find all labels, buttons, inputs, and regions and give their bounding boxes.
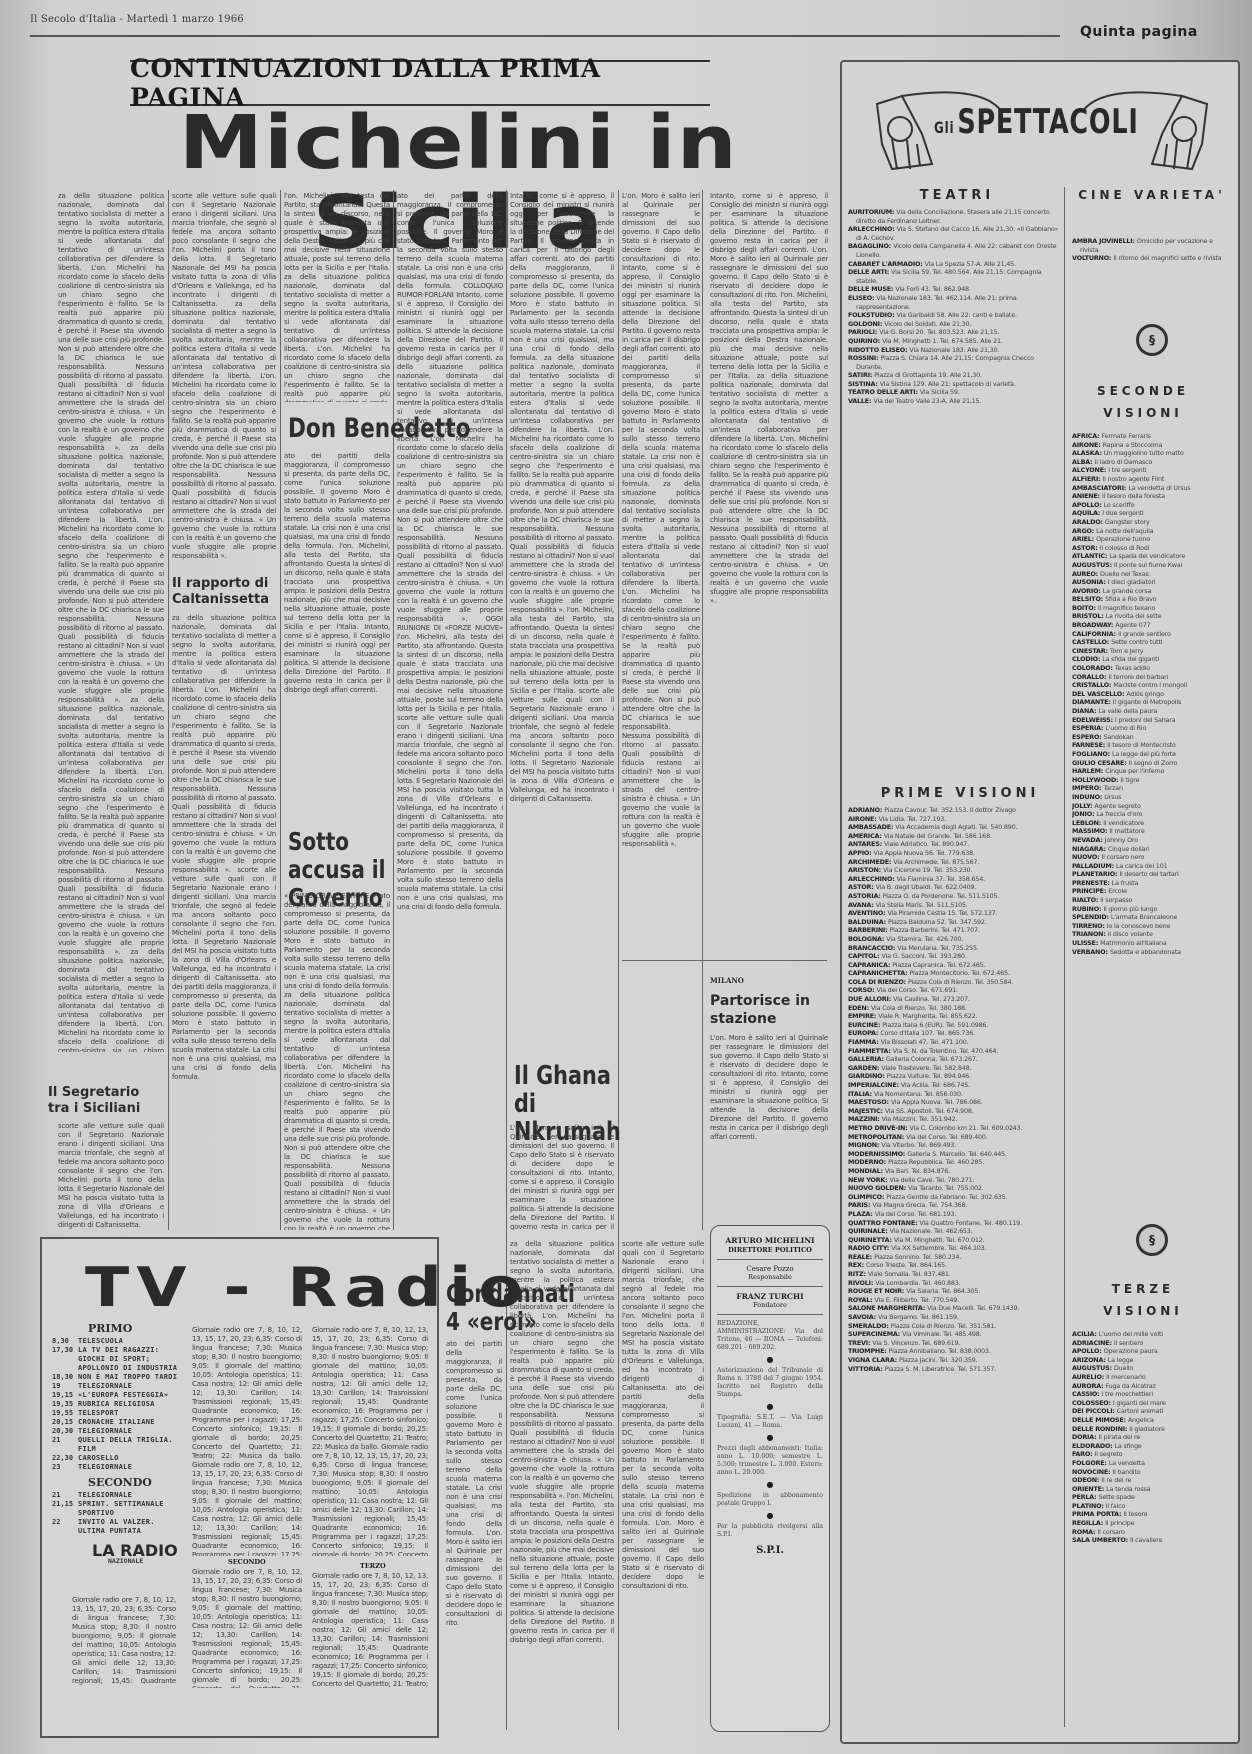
article-text: ato dei partiti della maggioranza, il co…: [172, 974, 276, 1081]
venue-details: I tre sergenti: [1108, 466, 1146, 474]
venue-details: Texas addio: [1115, 664, 1150, 672]
article-column-1: za della situazione politica nazionale, …: [58, 192, 164, 1052]
article-column-3-b: ato dei partiti della maggioranza, il co…: [284, 452, 390, 842]
listing-entry: OLIMPICO: Piazza Gentile da Fabriano. Te…: [848, 1193, 1060, 1202]
venue-details: Via Mazzini. Tel. 351.942.: [882, 1115, 958, 1123]
venue-details: Via Sistina 129. Alle 21: spettacolo di …: [880, 380, 1016, 388]
venue-name: EDEN:: [848, 1004, 871, 1012]
listing-entry: PARIS: Via Magna Grecia. Tel. 754.368.: [848, 1201, 1060, 1210]
program-time: 18,30: [52, 1373, 78, 1382]
venue-name: ORIENTE:: [1072, 1485, 1106, 1493]
venue-details: Il segreto: [1095, 1450, 1123, 1458]
venue-details: Tom e Jerry: [1110, 647, 1144, 655]
venue-details: Piazza Repubblica. Tel. 460.285.: [888, 1158, 984, 1166]
listing-entry: MONDIAL: Via Bari. Tel. 834.876.: [848, 1167, 1060, 1176]
listing-entry: SALA UMBERTO: Il cavaliere: [1072, 1536, 1228, 1545]
article-text: za della situazione politica nazionale, …: [622, 480, 700, 848]
credits-paragraph: Tipografia: S.E.T. — Via Luigi Luciani, …: [711, 1414, 829, 1430]
listing-entry: DELLE MIMOSE: Angelica: [1072, 1416, 1228, 1425]
listing-entry: BRANCACCIO: Via Merulana. Tel. 735.255.: [848, 944, 1060, 953]
venue-name: ARALDO:: [1072, 518, 1105, 526]
listing-entry: AUGUSTUS: Duello: [1072, 1364, 1228, 1373]
venue-details: Piazza O. da Pordenone. Tel. 511.5105.: [883, 892, 999, 900]
venue-details: Il ladro di Damasco: [1095, 458, 1153, 466]
venue-details: Lo sceriffo: [1104, 501, 1135, 509]
venue-name: ALASKA:: [1072, 449, 1104, 457]
venue-name: BROADWAY:: [1072, 621, 1115, 629]
radio-schedule-col3: Giornale radio ore 7, 8, 10, 12, 13, 15,…: [312, 1326, 428, 1556]
venue-details: Piazza Italia 6 (EUR). Tel. 591.0986.: [882, 1021, 988, 1029]
venue-name: ROYAL:: [848, 1296, 875, 1304]
venue-details: Via Nazionale. Tel. 462.653.: [890, 1227, 973, 1235]
venue-details: Il falco: [1106, 1502, 1125, 1510]
venue-name: ASTOR:: [1072, 544, 1100, 552]
venue-name: CLODIO:: [1072, 655, 1102, 663]
venue-name: ESPERIA:: [1072, 724, 1105, 732]
listing-entry: DUE ALLORI: Via Casilina. Tel. 273.207.: [848, 995, 1060, 1004]
article-text: ato dei partiti della maggioranza, il co…: [397, 192, 503, 290]
program-row: 23TELEGIORNALE: [52, 1463, 180, 1472]
venue-name: ROUGE ET NOIR:: [848, 1287, 906, 1295]
venue-details: La vendetta di Ursus: [1128, 484, 1190, 492]
listing-entry: VOLTURNO: Il ritorno dei magnifici sette…: [1072, 254, 1228, 263]
venue-details: L'uomo di Rio: [1105, 724, 1146, 732]
venue-name: REGILLA:: [1072, 1519, 1105, 1527]
venue-name: ARIEL:: [1072, 535, 1096, 543]
spettacoli-title-text: SPETTACOLI: [957, 102, 1138, 142]
venue-details: Maciste contro i mongoli: [1113, 681, 1187, 689]
venue-details: La frusta: [1112, 879, 1138, 887]
venue-name: VOLTURNO:: [1072, 254, 1113, 262]
venue-name: AVORIO:: [1072, 587, 1103, 595]
venue-name: AQUILA:: [1072, 509, 1102, 517]
msi-flame-emblem-icon: §: [1136, 1224, 1168, 1256]
teatri-title: TEATRI: [882, 188, 1032, 203]
venue-details: Sedotta e abbandonata: [1110, 948, 1181, 956]
listing-entry: ARIZONA: La legge: [1072, 1356, 1228, 1365]
tv-radio-title: TV - Radio: [85, 1256, 530, 1319]
venue-name: ULISSE:: [1072, 939, 1100, 947]
listing-entry: ARLECCHINO: Via Flaminia 37. Tel. 358.65…: [848, 875, 1060, 884]
venue-details: Via Casilina. Tel. 273.207.: [893, 995, 970, 1003]
article-column-5-cont: L'on. Moro è salito ieri al Quirinale pe…: [510, 1124, 614, 1230]
spettacoli-title-prefix: Gli: [934, 118, 954, 137]
venue-name: IMPERO:: [1072, 784, 1103, 792]
article-text: scorte alle vetture sulle quali con il S…: [172, 192, 276, 308]
venue-details: Cartoni animati: [1117, 1407, 1163, 1415]
program-title: LA TV DEI RAGAZZI: GIOCHI DI SPORT; APOL…: [78, 1346, 180, 1373]
article-text: za della situazione politica nazionale, …: [284, 273, 390, 402]
column-rule: [393, 190, 394, 1230]
venue-details: Via Bergamo. Tel. 861.159.: [878, 1313, 959, 1321]
listing-entry: AIRONE: Via Lidia. Tel. 727.193.: [848, 815, 1060, 824]
listing-entry: ULISSE: Matrimonio all'italiana: [1072, 939, 1228, 948]
venue-name: MAESTOSO:: [848, 1098, 891, 1106]
venue-name: RIALTO:: [1072, 896, 1100, 904]
venue-name: EDELWEISS:: [1072, 716, 1115, 724]
venue-details: Galleria S. Marcello. Tel. 640.445.: [907, 1150, 1007, 1158]
article-text: Intanto, come si è appreso, il Consiglio…: [397, 291, 503, 362]
venue-details: L'uomo dei mille volti: [1099, 1330, 1163, 1338]
venue-details: Via Cola di Rienzo. Tel. 380.188.: [871, 1004, 967, 1012]
article-text: Intanto, come si è appreso, il Consiglio…: [710, 1070, 828, 1141]
venue-details: Il mattatore: [1109, 827, 1144, 835]
listing-entry: VIGNA CLARA: Piazza Jacini. Tel. 320.359…: [848, 1356, 1060, 1365]
listing-entry: CAPITOL: Via G. Sacconi. Tel. 393.280.: [848, 952, 1060, 961]
listing-entry: CLODIO: La sfida dei giganti: [1072, 655, 1228, 664]
listing-entry: TRIANON: Il disco volante: [1072, 930, 1228, 939]
listing-entry: NOVOCINE: Il bandito: [1072, 1468, 1228, 1477]
listing-entry: ASTOR: Via B. degli Ubaldi. Tel. 622.040…: [848, 883, 1060, 892]
venue-details: Via Natale del Grande. Tel. 586.168.: [884, 832, 992, 840]
venue-name: ELDORADO:: [1072, 1442, 1115, 1450]
venue-details: Il tesoro di Montecristo: [1107, 741, 1175, 749]
column-rule: [168, 190, 169, 1230]
venue-details: Corso d'Italia 107. Tel. 865.736.: [880, 1029, 975, 1037]
listing-entry: FIAMMETTA: Via S. N. da Tolentino. Tel. …: [848, 1047, 1060, 1056]
listing-entry: NIAGARA: Cinque dollari: [1072, 845, 1228, 854]
venue-name: MAZZINI:: [848, 1115, 882, 1123]
venue-details: Via Due Macelli. Tel. 679.1439.: [927, 1304, 1019, 1312]
venue-details: Fuga da Alcatraz: [1105, 1382, 1155, 1390]
section-rule: [622, 960, 827, 961]
subhead-partorisce: Partorisce in stazione: [710, 992, 830, 1028]
listing-entry: AUREO: Duello nel Texas: [1072, 570, 1228, 579]
venue-details: Via Appia Nuova. Tel. 786.086.: [891, 1098, 983, 1106]
venue-details: Via Quattro Fontane. Tel. 480.119.: [919, 1219, 1022, 1227]
venue-name: VITTORIA:: [848, 1365, 885, 1373]
venue-name: OLIMPICO:: [848, 1193, 886, 1201]
article-text: L'on. Moro è salito ieri al Quirinale pe…: [622, 1519, 704, 1590]
listing-entry: ALBA: Il ladro di Damasco: [1072, 458, 1228, 467]
venue-details: Il gigante di Metropolis: [1113, 698, 1181, 706]
venue-name: TRIANON:: [1072, 930, 1108, 938]
venue-details: Via Stamira. Tel. 426.700.: [886, 935, 963, 943]
venue-name: RITZ:: [848, 1270, 868, 1278]
separator: [717, 1286, 823, 1287]
article-text: ato dei partiti della maggioranza, il co…: [622, 1384, 704, 1527]
article-column-6-bottom: scorte alle vetture sulle quali con il S…: [622, 1240, 704, 1730]
venue-details: Il segno di Zorro: [1129, 759, 1178, 767]
terze-visioni-listing: ACILIA: L'uomo dei mille voltiADRIACINE:…: [1072, 1330, 1228, 1730]
listing-entry: ANTARES: Viale Adriatico. Tel. 890.947.: [848, 840, 1060, 849]
venue-details: Via Nomentana. Tel. 856.030.: [874, 1090, 963, 1098]
venue-name: PALLADIUM:: [1072, 862, 1116, 870]
listing-entry: HOLLYWOOD: Il tigre: [1072, 776, 1228, 785]
venue-name: CAPRANICA:: [848, 961, 892, 969]
venue-details: Piazza Capranica. Tel. 672.465.: [892, 961, 985, 969]
venue-name: CORALLO:: [1072, 673, 1108, 681]
venue-details: Via G. Sacconi. Tel. 393.280.: [882, 952, 967, 960]
article-text: ato dei partiti della maggioranza, il co…: [622, 345, 700, 488]
venue-name: CINESTAR:: [1072, 647, 1110, 655]
venue-details: Via Merulana. Tel. 735.255.: [897, 944, 978, 952]
venue-details: Via Acilia. Tel. 686.745.: [901, 1081, 970, 1089]
venue-details: La sfinge: [1115, 1442, 1142, 1450]
radio-schedule-col2: Giornale radio ore 7, 8, 10, 12, 13, 15,…: [192, 1326, 302, 1556]
venue-details: Sette spade: [1099, 1493, 1135, 1501]
venue-details: Il deserto dei tartari: [1119, 870, 1178, 878]
listing-entry: CABARET L'ARMADIO: Via La Spezia 57-A. A…: [848, 260, 1060, 269]
venue-details: L'armata Brancaleone: [1111, 913, 1177, 921]
listing-entry: SALONE MARGHERITA: Via Due Macelli. Tel.…: [848, 1304, 1060, 1313]
listing-entry: QUIRINETTA: Via M. Minghetti. Tel. 670.0…: [848, 1236, 1060, 1245]
listing-entry: PRINCIPE: Ercole: [1072, 887, 1228, 896]
column-rule: [618, 190, 619, 1730]
listing-entry: AMBRA JOVINELLI: Omicidio per vocazione …: [1072, 237, 1228, 254]
listing-entry: ESPERIA: L'uomo di Rio: [1072, 724, 1228, 733]
venue-details: La tenda rossa: [1106, 1485, 1150, 1493]
venue-name: ATLANTIC:: [1072, 552, 1109, 560]
listing-entry: CRISTALLO: Maciste contro i mongoli: [1072, 681, 1228, 690]
venue-details: Il terrore dei barbari: [1108, 673, 1168, 681]
listing-entry: ROYAL: Via E. Filiberto. Tel. 770.549.: [848, 1296, 1060, 1305]
bullet-icon: ●: [711, 1433, 829, 1442]
venue-details: Un maggiolino tutto matto: [1104, 449, 1184, 457]
listing-entry: ARIEL: Operazione tuono: [1072, 535, 1228, 544]
venue-name: BARBERINI:: [848, 926, 890, 934]
cine-varieta-title: CINE VARIETA': [1072, 184, 1232, 206]
venue-name: EUROPA:: [848, 1029, 880, 1037]
primo-program-list: 8,30TELESCUOLA17,30LA TV DEI RAGAZZI: GI…: [52, 1337, 180, 1472]
program-row: 21QUELLI DELLA TRIGLIA. FILM: [52, 1436, 180, 1454]
column-rule: [702, 190, 703, 1230]
article-column-5: Intanto, come si è appreso, il Consiglio…: [510, 192, 614, 1052]
program-title: RUBRICA RELIGIOSA: [78, 1400, 155, 1409]
cine-varieta-listing: AMBRA JOVINELLI: Omicidio per vocazione …: [1072, 237, 1228, 287]
listing-entry: ARCHIMEDE: Via Archimede. Tel. 875.567.: [848, 858, 1060, 867]
article-text: Intanto, come si è appreso, il Consiglio…: [510, 1573, 614, 1644]
program-time: 17,30: [52, 1346, 78, 1373]
article-text: Intanto, come si è appreso, il Consiglio…: [510, 192, 614, 263]
venue-details: Via Lidia. Tel. 727.193.: [879, 815, 946, 823]
venue-name: NUOVO GOLDEN:: [848, 1184, 908, 1192]
program-time: 22,30: [52, 1454, 78, 1463]
listing-entry: COLA DI RIENZO: Piazza Cola di Rienzo. T…: [848, 978, 1060, 987]
listing-entry: SUPERCINEMA: Via Viminale. Tel. 485.498.: [848, 1330, 1060, 1339]
venue-details: Duello: [1114, 1364, 1133, 1372]
venue-details: Via C. Colombo km 21. Tel. 609.0243.: [910, 1124, 1023, 1132]
venue-name: ELISEO:: [848, 294, 876, 302]
article-text: ato dei partiti della maggioranza, il co…: [446, 1340, 502, 1537]
venue-details: Piazza Gentile da Fabriano. Tel. 302.635…: [886, 1193, 1007, 1201]
venue-details: Via del Teatro Valle 23-A. Alle 21,15.: [873, 397, 981, 405]
article-text: ato dei partiti della maggioranza, il co…: [510, 255, 614, 362]
program-row: 8,30TELESCUOLA: [52, 1337, 180, 1346]
program-title: INVITO AL VALZER. ULTIMA PUNTATA: [78, 1518, 180, 1536]
venue-name: ANIENE:: [1072, 492, 1102, 500]
venue-name: VALLE:: [848, 397, 873, 405]
venue-details: Piazza Barberini. Tel. 471.707.: [890, 926, 980, 934]
listing-entry: PALLADIUM: La carica dei 101: [1072, 862, 1228, 871]
schedule-text: Giornale radio ore 7, 8, 10, 12, 13, 15,…: [72, 1596, 176, 1686]
venue-details: Piazza Balduina 52. Tel. 347.592.: [888, 918, 987, 926]
venue-name: ITALIA:: [848, 1090, 874, 1098]
credits-paragraph: Autorizzazione del Tribunale di Roma n. …: [711, 1367, 829, 1399]
venue-details: Viale R. Margherita. Tel. 855.622.: [878, 1012, 977, 1020]
article-text: za della situazione politica nazionale, …: [58, 192, 164, 452]
listing-entry: ROSSINI: Piazza S. Chiara 14. Alle 21,15…: [848, 354, 1060, 371]
editor-name: Cesare Pozzo: [711, 1265, 829, 1273]
venue-name: FOGLIANO:: [1072, 750, 1112, 758]
program-title: TELESPORT: [78, 1409, 119, 1418]
listing-entry: AMBASCIATORI: La vendetta di Ursus: [1072, 484, 1228, 493]
venue-name: SALA UMBERTO:: [1072, 1536, 1130, 1544]
listing-entry: DORIA: Il pirata del re: [1072, 1433, 1228, 1442]
venue-name: REX:: [848, 1261, 866, 1269]
listing-entry: DIAMANTE: Il gigante di Metropolis: [1072, 698, 1228, 707]
listing-entry: GARDEN: Viale Trastevere. Tel. 582.848.: [848, 1064, 1060, 1073]
program-row: 18,30NON È MAI TROPPO TARDI: [52, 1373, 180, 1382]
listing-entry: PRENESTE: La frusta: [1072, 879, 1228, 888]
venue-name: PARIOLI:: [848, 328, 879, 336]
venue-name: INDUNO:: [1072, 793, 1104, 801]
listing-entry: NEVADA: Johnny Oro: [1072, 836, 1228, 845]
venue-name: CALIFORNIA:: [1072, 630, 1118, 638]
venue-details: Via Nazionale 183. Tel. 462.114. Alle 21…: [856, 294, 1017, 311]
program-title: TELEGIORNALE: [78, 1491, 132, 1500]
venue-details: Il corsaro nero: [1101, 853, 1144, 861]
program-row: 19,55TELESPORT: [52, 1409, 180, 1418]
article-column-6: L'on. Moro è salito ieri al Quirinale pe…: [622, 192, 700, 952]
venue-name: DORIA:: [1072, 1433, 1098, 1441]
seconde-visioni-listing: AFRICA: Fermate FerrarisAIRONE: Rapina a…: [1072, 432, 1228, 1182]
listing-entry: VERBANO: Sedotta e abbandonata: [1072, 948, 1228, 957]
venue-name: MIGNON:: [848, 1141, 881, 1149]
program-row: 19,15«L'EUROPA FESTEGGIA»: [52, 1391, 180, 1400]
listing-entry: RUBINO: Il giorno più lungo: [1072, 905, 1228, 914]
venue-details: La legge: [1108, 1356, 1134, 1364]
newspaper-page: Il Secolo d'Italia - Martedì 1 marzo 196…: [0, 0, 1252, 1754]
venue-name: AURELIO:: [1072, 1373, 1106, 1381]
venue-details: Via Flaminia 37. Tel. 358.654.: [897, 875, 985, 883]
listing-entry: ARISTON: Via Cicerone 19. Tel. 353.230.: [848, 866, 1060, 875]
venue-details: Il colosso di Rodi: [1100, 544, 1150, 552]
article-text: l'on. Michelini, alla testa del Partito,…: [710, 291, 828, 380]
listing-entry: FARNESE: Il tesoro di Montecristo: [1072, 741, 1228, 750]
venue-details: Via E. Filiberto. Tel. 770.549.: [875, 1296, 959, 1304]
venue-details: Via del Corso. Tel. 671.691.: [876, 986, 957, 994]
venue-details: Via Forlì 43. Tel. 862.948.: [895, 285, 970, 293]
listing-entry: GIARDINO: Piazza Vulture. Tel. 894.946.: [848, 1072, 1060, 1081]
director-role: DIRETTORE POLITICO: [711, 1246, 829, 1254]
schedule-text: Giornale radio ore 7, 8, 10, 12, 13, 15,…: [312, 1443, 428, 1556]
listing-entry: TRIOMPHE: Piazza Annibaliano. Tel. 838.0…: [848, 1347, 1060, 1356]
venue-name: ALFIERI:: [1072, 475, 1102, 483]
venue-name: COLOSSEO:: [1072, 1399, 1113, 1407]
listing-entry: REGILLA: Il principe: [1072, 1519, 1228, 1528]
article-text: scorte alle vetture sulle quali con il S…: [172, 866, 276, 982]
listing-entry: VALLE: Via del Teatro Valle 23-A. Alle 2…: [848, 397, 1060, 406]
listing-entry: QUIRINALE: Via Nazionale. Tel. 462.653.: [848, 1227, 1060, 1236]
venue-name: DIAMANTE:: [1072, 698, 1113, 706]
column-rule: [280, 190, 281, 1230]
venue-name: PRIMA PORTA:: [1072, 1510, 1123, 1518]
venue-name: EURCINE:: [848, 1021, 882, 1029]
venue-name: NUOVO:: [1072, 853, 1101, 861]
venue-details: Via Viterbo. Tel. 869.493.: [881, 1141, 956, 1149]
venue-details: Angelica: [1128, 1416, 1154, 1424]
venue-name: AMBASCIATORI:: [1072, 484, 1128, 492]
listing-entry: GALLERIA: Galleria Colonna. Tel. 673.267…: [848, 1055, 1060, 1064]
article-text: L'on. Moro è salito ieri al Quirinale pe…: [446, 1529, 502, 1627]
venue-name: CASSIO:: [1072, 1390, 1102, 1398]
subhead-segretario: Il Segretario tra i Siciliani: [48, 1085, 163, 1117]
venue-name: FIAMMETTA:: [848, 1047, 893, 1055]
listing-entry: SPLENDID: L'armata Brancaleone: [1072, 913, 1228, 922]
article-text: Intanto, come si è appreso, il Consiglio…: [510, 1169, 614, 1230]
venue-details: Via Accademia degli Agiati. Tel. 540.890…: [895, 823, 1017, 831]
venue-details: Galleria Colonna. Tel. 673.267.: [886, 1055, 978, 1063]
radio-secondo-schedule: Giornale radio ore 7, 8, 10, 12, 13, 15,…: [192, 1568, 302, 1688]
venue-name: AURORA:: [1072, 1382, 1105, 1390]
subhead-rapporto: Il rapporto di Caltanissetta: [172, 576, 280, 608]
venue-details: Il tesoro della foresta: [1102, 492, 1165, 500]
article-column-3-c: « PRIMO GRAVE ERRORE » ato dei partiti d…: [284, 892, 390, 1230]
venue-name: ARGO:: [1072, 527, 1096, 535]
listing-entry: BALDUINA: Piazza Balduina 52. Tel. 347.5…: [848, 918, 1060, 927]
venue-name: PRINCIPE:: [1072, 887, 1108, 895]
listing-entry: FOLKSTUDIO: Via Garibaldi 58. Alle 22: c…: [848, 311, 1060, 320]
venue-name: CASTELLO:: [1072, 638, 1111, 646]
venue-details: La rivolta dei sette: [1106, 612, 1162, 620]
venue-details: Rapina a Stoccolma: [1103, 441, 1163, 449]
venue-details: Il mercenario: [1106, 1373, 1145, 1381]
listing-entry: AMERICA: Via Natale del Grande. Tel. 586…: [848, 832, 1060, 841]
venue-name: PRENESTE:: [1072, 879, 1112, 887]
article-text: Intanto, come si è appreso, il Consiglio…: [710, 192, 828, 254]
venue-details: Via Salaria. Tel. 864.305.: [906, 1287, 980, 1295]
venue-name: PLAZA:: [848, 1210, 875, 1218]
listing-entry: INDUNO: Ursus: [1072, 793, 1228, 802]
venue-name: EMPIRE:: [848, 1012, 878, 1020]
listing-entry: APOLLO: Lo sceriffo: [1072, 501, 1228, 510]
column-rule: [1064, 187, 1065, 1727]
listing-entry: JOLLY: Agente segreto: [1072, 802, 1228, 811]
venue-name: COLORADO:: [1072, 664, 1115, 672]
venue-name: AUREO:: [1072, 570, 1100, 578]
separator: [717, 1314, 823, 1315]
venue-name: ARISTON:: [848, 866, 883, 874]
venue-details: Viale Adriatico. Tel. 890.947.: [884, 840, 969, 848]
venue-name: AVANA:: [848, 901, 876, 909]
venue-details: Il grande sentiero: [1118, 630, 1171, 638]
venue-details: Via XX Settembre. Tel. 464.103.: [891, 1244, 986, 1252]
venue-name: ADRIANO:: [848, 806, 884, 814]
terze-visioni-title: TERZE VISIONI: [1078, 1278, 1208, 1322]
radio-nazionale-schedule: Giornale radio ore 7, 8, 10, 12, 13, 15,…: [72, 1596, 176, 1686]
venue-name: GIULIO CESARE:: [1072, 759, 1129, 767]
listing-entry: RADIO CITY: Via XX Settembre. Tel. 464.1…: [848, 1244, 1060, 1253]
venue-details: Il cavaliere: [1130, 1536, 1162, 1544]
venue-name: NIAGARA:: [1072, 845, 1108, 853]
listing-entry: COLOSSEO: I giganti del mare: [1072, 1399, 1228, 1408]
venue-details: La sfida dei giganti: [1102, 655, 1159, 663]
venue-details: Sandokan: [1104, 733, 1134, 741]
listing-entry: AURITORIUM: Via della Conciliazione. Sta…: [848, 208, 1060, 225]
venue-details: Via S. Vincenzo. Tel. 689.619.: [872, 1339, 960, 1347]
venue-name: TEATRO DELLE ARTI:: [848, 388, 920, 396]
venue-details: Il ponte sul fiume Kwai: [1114, 561, 1182, 569]
separator: [717, 1259, 823, 1260]
venue-name: ALCYONE:: [1072, 466, 1108, 474]
article-column-2: scorte alle vetture sulle quali con il S…: [172, 192, 276, 570]
venue-details: Ursus: [1104, 793, 1121, 801]
credits-paragraph: REDAZIONE, AMMINISTRAZIONE: Via del Trit…: [711, 1320, 829, 1352]
venue-name: ASTOR:: [848, 883, 876, 891]
schedule-text: Giornale radio ore 7, 8, 10, 12, 13, 15,…: [192, 1461, 302, 1556]
venue-name: COLA DI RIENZO:: [848, 978, 908, 986]
